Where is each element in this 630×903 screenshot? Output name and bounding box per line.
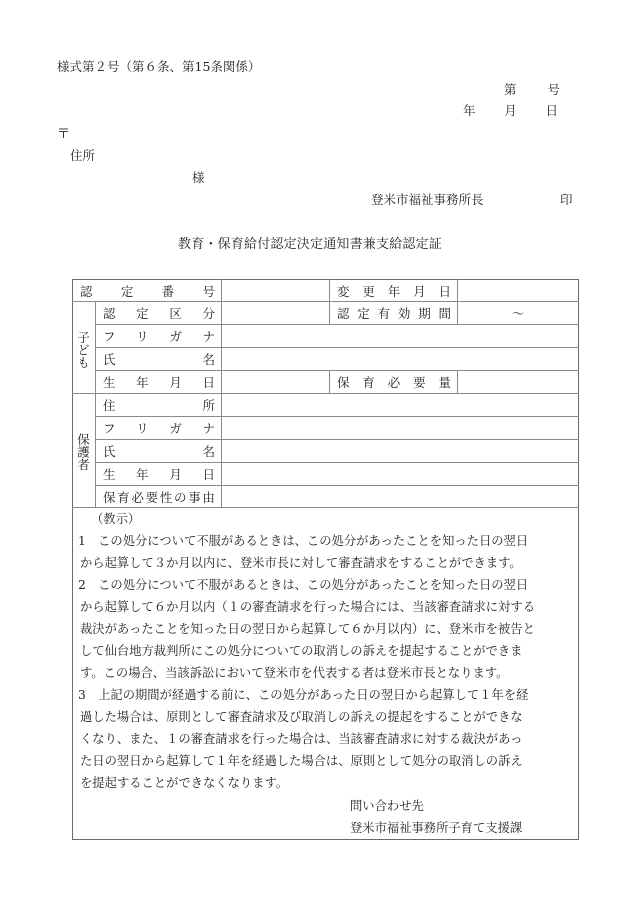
issuer-name: 登米市福祉事務所長 <box>371 194 484 207</box>
value-care-necessity-reason[interactable] <box>222 486 578 507</box>
notice-line: を提起することができなくなります。 <box>80 777 288 789</box>
label-child-name: 氏 名 <box>96 348 221 370</box>
notice-line: から起算して３か月以内に、登米市長に対して審査請求をすることができます。 <box>80 557 522 569</box>
notice-line: 1 この処分について不服があるときは、この処分があったことを知った日の翌日 <box>78 535 528 547</box>
value-certification-category[interactable] <box>222 302 329 324</box>
postal-mark: 〒 <box>57 128 70 141</box>
document-title: 教育・保育給付認定決定通知書兼支給認定証 <box>178 238 442 251</box>
notice-line: から起算して６か月以内（１の審査請求を行った場合には、当該審査請求に対する <box>80 601 535 613</box>
notice-line: 3 上記の期間が経過する前に、この処分があった日の翌日から起算して１年を経 <box>78 689 528 701</box>
notice-line: 裁決があったことを知った日の翌日から起算して６か月以内）に、登米市を被告と <box>80 623 535 635</box>
label-certification-number: 認 定 番 号 <box>73 280 221 301</box>
label-certification-category: 認 定 区 分 <box>96 302 221 324</box>
label-care-amount: 保 育 必 要 量 <box>330 371 457 393</box>
address-label: 住所 <box>70 150 95 163</box>
contact-label: 問い合わせ先 <box>350 800 424 812</box>
notice-line: す。この場合、当該訴訟において登米市を代表する者は登米市長となります。 <box>80 667 508 679</box>
form-number: 様式第２号（第６条、第15条関係） <box>57 61 260 74</box>
date-year: 年 <box>463 105 476 118</box>
number-prefix: 第 <box>504 84 517 97</box>
document-number: 第 号 <box>504 84 560 97</box>
issue-date: 年 月 日 <box>463 105 558 118</box>
value-child-name[interactable] <box>222 348 578 370</box>
group-label-guardian: 保護者 <box>76 433 89 471</box>
value-validity-period[interactable]: ～ <box>458 302 578 324</box>
value-child-birthdate[interactable] <box>222 371 329 393</box>
label-guardian-birthdate: 生 年 月 日 <box>96 463 221 485</box>
notice-line: くなり、また、１の審査請求を行った場合は、当該審査請求に対する裁決があっ <box>80 733 523 745</box>
label-child-birthdate: 生 年 月 日 <box>96 371 221 393</box>
label-guardian-furigana: フ リ ガ ナ <box>96 417 221 439</box>
number-suffix: 号 <box>547 84 560 97</box>
row-divider <box>72 507 579 508</box>
value-certification-number[interactable] <box>222 280 329 301</box>
date-day: 日 <box>545 105 558 118</box>
label-guardian-address: 住 所 <box>96 394 221 416</box>
notice-heading: （教示） <box>91 513 140 525</box>
notice-line: 2 この処分について不服があるときは、この処分があったことを知った日の翌日 <box>78 579 528 591</box>
contact-office: 登米市福祉事務所子育て支援課 <box>350 822 522 834</box>
group-label-child: 子ども <box>76 331 89 369</box>
honorific: 様 <box>192 172 205 185</box>
notice-line: た日の翌日から起算して１年を経過した場合は、原則として処分の取消しの訴え <box>80 755 523 767</box>
value-care-amount[interactable] <box>458 371 578 393</box>
value-guardian-address[interactable] <box>222 394 578 416</box>
value-guardian-birthdate[interactable] <box>222 463 578 485</box>
label-validity-period: 認 定 有 効 期 間 <box>330 302 457 324</box>
value-guardian-name[interactable] <box>222 440 578 462</box>
seal-mark: 印 <box>560 194 573 207</box>
value-guardian-furigana[interactable] <box>222 417 578 439</box>
value-change-date[interactable] <box>458 280 578 301</box>
label-guardian-name: 氏 名 <box>96 440 221 462</box>
notice-line: 過した場合は、原則として審査請求及び取消しの訴えの提起をすることができな <box>80 711 523 723</box>
date-month: 月 <box>504 105 517 118</box>
notice-line: して仙台地方裁判所にこの処分についての取消しの訴えを提起することができま <box>80 645 522 657</box>
value-child-furigana[interactable] <box>222 325 578 347</box>
label-child-furigana: フ リ ガ ナ <box>96 325 221 347</box>
label-change-date: 変 更 年 月 日 <box>330 280 457 301</box>
label-care-necessity-reason: 保 育 必 要 性 の 事 由 <box>96 486 221 507</box>
